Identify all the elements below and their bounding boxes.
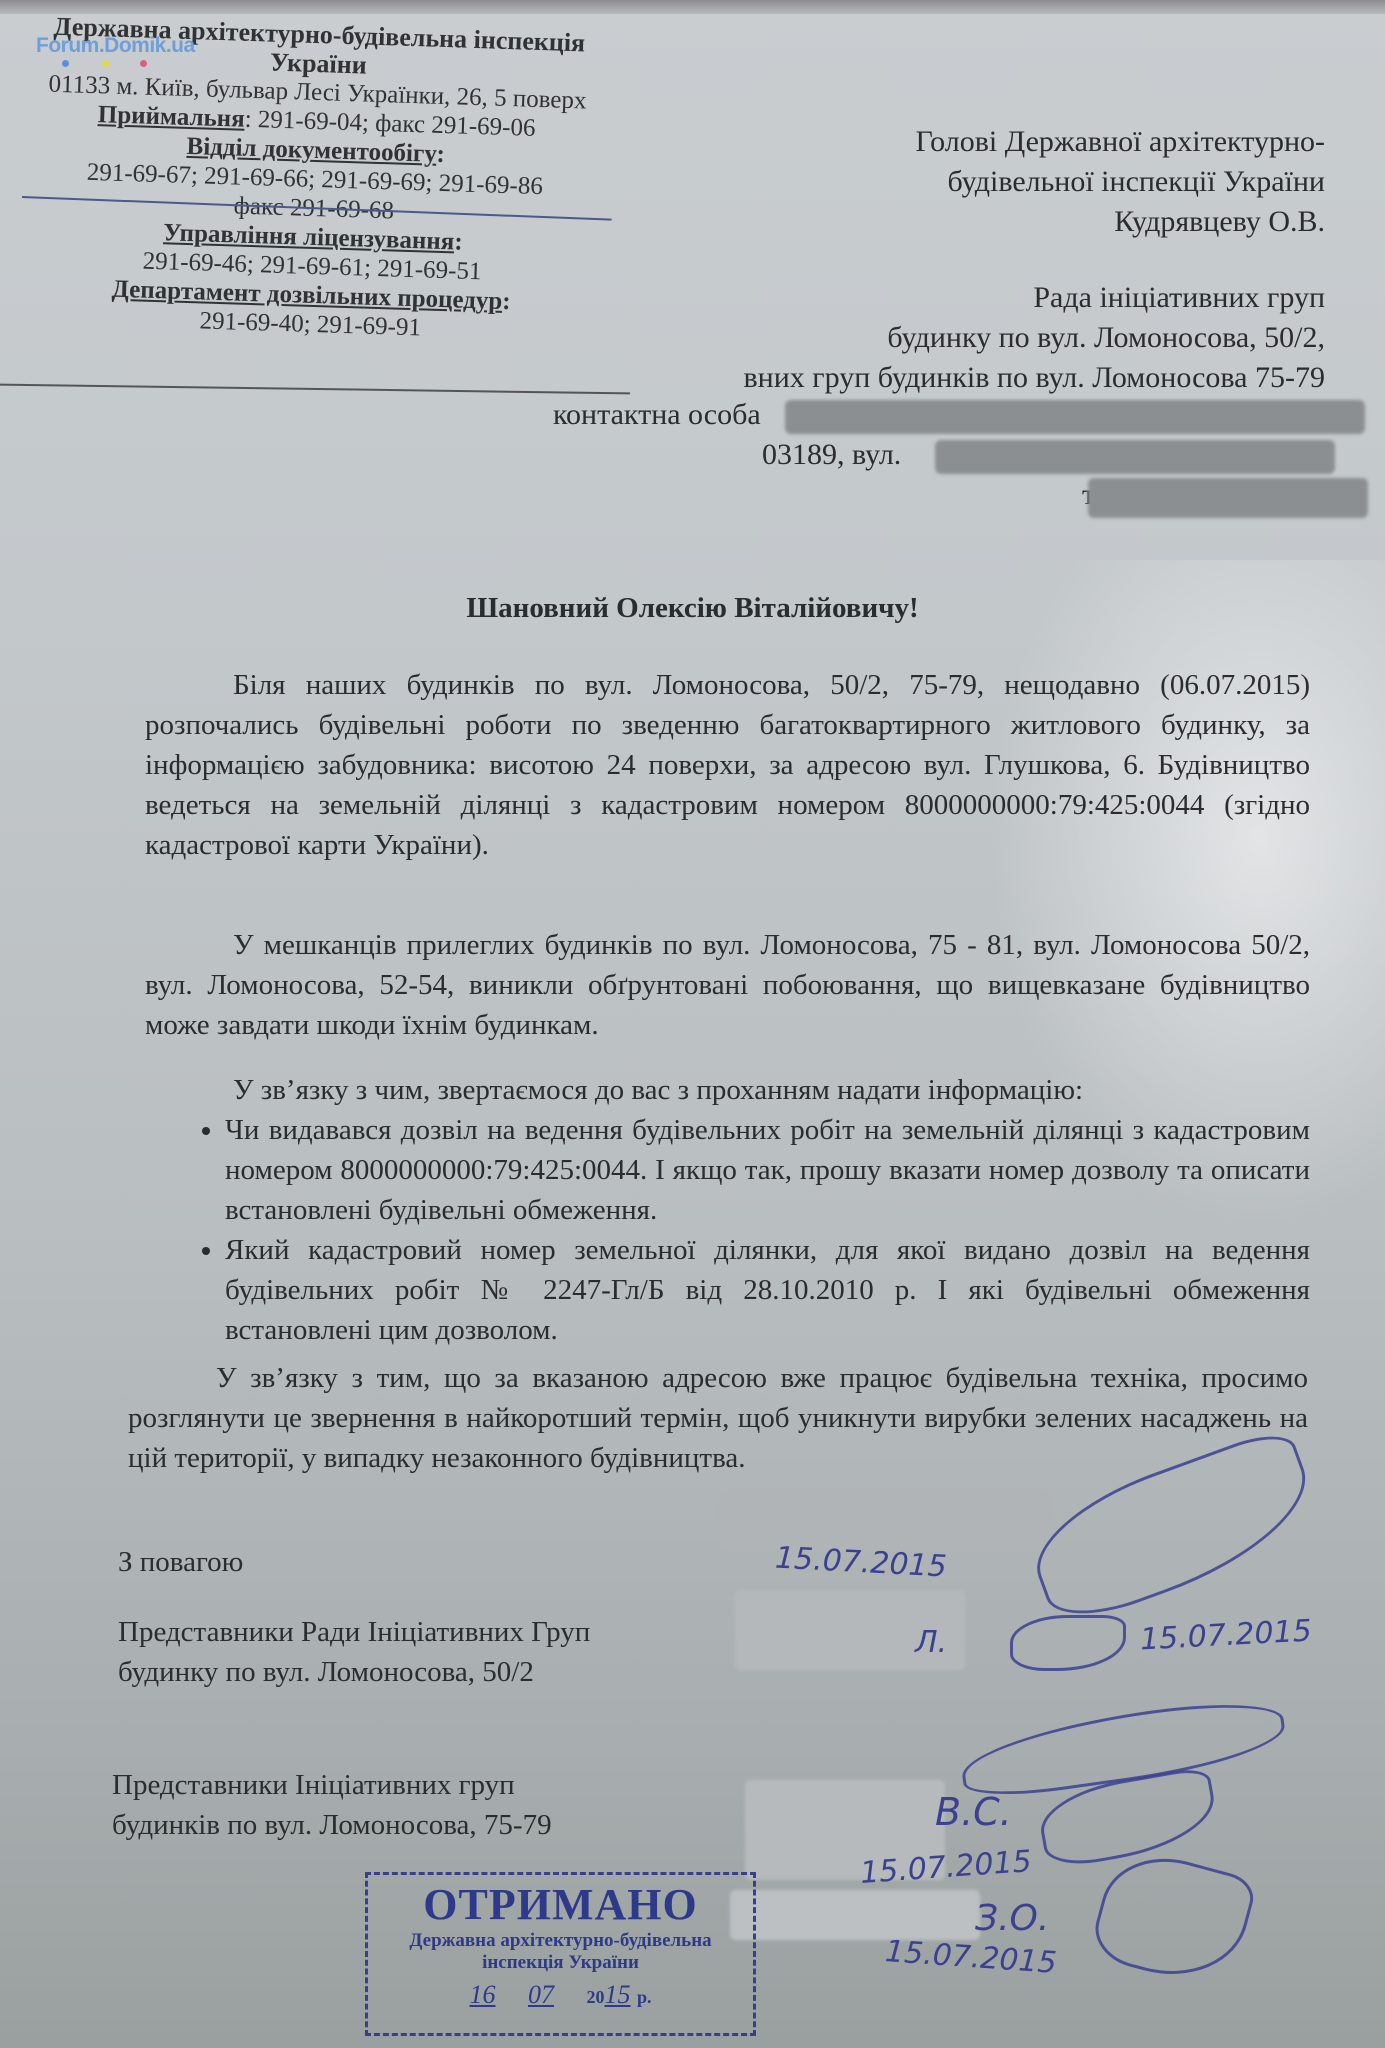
received-stamp-org2: інспекція України [368,1952,753,1974]
redacted-contact-name [785,400,1365,434]
request-section: У зв’язку з чим, звертаємося до вас з пр… [145,1070,1310,1350]
handwritten-initial: Л. [915,1625,947,1660]
group2-line1: Представники Ініціативних груп [112,1765,552,1805]
handwritten-initials: В.С. [935,1790,1012,1834]
closing-regards: З повагою [118,1542,243,1582]
received-year-suffix: 15 [604,1980,630,2009]
group2-signature-block: Представники Ініціативних груп будинків … [112,1765,552,1845]
body-paragraph-1: Біля наших будинків по вул. Ломоносова, … [145,665,1310,865]
redacted-address [935,440,1335,474]
address-prefix: 03189, вул. [762,438,901,472]
body-paragraph-2: У мешканців прилеглих будинків по вул. Л… [145,925,1310,1045]
group1-signature-block: Представники Ради Ініціативних Груп буди… [118,1612,590,1692]
received-year-prefix: 20 [586,1987,604,2007]
received-year-unit: р. [637,1987,652,2007]
sender-block: Рада ініціативних груп будинку по вул. Л… [744,278,1325,398]
handwritten-date: 15.07.2015 [1139,1614,1312,1658]
handwritten-date: 15.07.2015 [884,1934,1058,1981]
received-stamp-title: ОТРИМАНО [368,1879,753,1930]
recipient-line3: Кудрявцеву О.В. [915,202,1325,242]
signature-icon [1087,1843,1258,1993]
request-item: Який кадастровий номер земельної ділянки… [225,1230,1310,1350]
handwritten-initials: З.О. [975,1898,1049,1939]
redacted-phone [1088,478,1368,518]
watermark-dot-icon [102,60,109,67]
request-item: Чи видавався дозвіл на ведення будівельн… [225,1110,1310,1230]
request-list: Чи видавався дозвіл на ведення будівельн… [145,1110,1310,1350]
paragraph-text: Біля наших будинків по вул. Ломоносова, … [145,665,1310,865]
group1-line2: будинку по вул. Ломоносова, 50/2 [118,1652,590,1692]
salutation: Шановний Олексію Віталійовичу! [0,592,1385,625]
sender-line2: будинку по вул. Ломоносова, 50/2, [744,318,1325,358]
watermark: Forum.Domik.ua [36,34,195,58]
reception-label: Приймальня [97,101,245,133]
recipient-line2: будівельної інспекції України [915,162,1325,202]
sender-line1: Рада ініціативних груп [744,278,1325,318]
contact-label: контактна особа [553,398,761,432]
received-stamp: ОТРИМАНО Державна архітектурно-будівельн… [365,1872,756,2036]
recipient-line1: Голові Державної архітектурно- [915,122,1325,162]
redacted-name [720,1490,1050,1550]
watermark-dot-icon [62,60,69,67]
received-stamp-date: 16 07 2015 р. [368,1980,753,2010]
recipient-block: Голові Державної архітектурно- будівельн… [915,122,1325,242]
received-stamp-org1: Державна архітектурно-будівельна [368,1930,753,1952]
redacted-name [730,1890,980,1940]
signature-icon [1010,1615,1126,1671]
sender-line3: вних груп будинків по вул. Ломоносова 75… [744,358,1325,398]
letterhead-stamp: Державна архітектурно-будівельна інспекц… [0,10,640,349]
paragraph-text: У зв’язку з тим, що за вказаною адресою … [128,1358,1308,1478]
received-month: 07 [528,1980,554,2009]
page-edge [0,0,1385,14]
paragraph-text: У мешканців прилеглих будинків по вул. Л… [145,925,1310,1045]
group1-line1: Представники Ради Ініціативних Груп [118,1612,590,1652]
stamp-divider [0,384,630,395]
request-intro: У зв’язку з чим, звертаємося до вас з пр… [145,1070,1310,1110]
watermark-dot-icon [140,60,147,67]
received-day: 16 [469,1980,495,2009]
group2-line2: будинків по вул. Ломоносова, 75-79 [112,1805,552,1845]
body-paragraph-3: У зв’язку з тим, що за вказаною адресою … [128,1358,1308,1478]
